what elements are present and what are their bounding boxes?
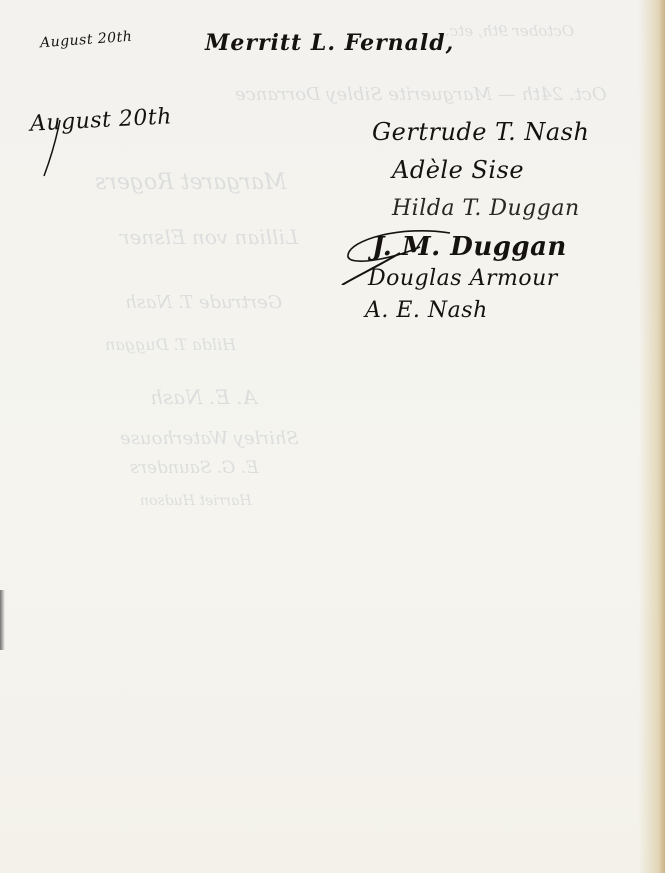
guestbook-page: October 9th, etc. Oct. 24th — Marguerite… <box>0 0 665 873</box>
signature: A. E. Nash <box>365 298 488 323</box>
signature: Douglas Armour <box>368 266 558 291</box>
bleed-through-text: Shirley Waterhouse <box>120 428 299 449</box>
bleed-through-text: Margaret Rogers <box>95 170 286 195</box>
entry-date: August 20th <box>40 29 133 51</box>
bleed-through-text: Lillian von Elsner <box>120 225 298 249</box>
bleed-through-text: October 9th, etc. <box>445 22 574 40</box>
bleed-through-text: Gertrude T. Nash <box>125 292 282 313</box>
bleed-through-text: Hilda T. Duggan <box>105 335 236 354</box>
bleed-through-text: Harriet Hudson <box>140 493 252 509</box>
signature: Hilda T. Duggan <box>392 196 580 221</box>
scan-smudge <box>0 590 5 650</box>
date-stroke <box>38 110 68 180</box>
bleed-through-text: Oct. 24th — Marguerite Sibley Dorrance <box>235 84 607 105</box>
signature: Gertrude T. Nash <box>372 118 589 146</box>
bleed-through-text: E. G. Saunders <box>130 458 258 478</box>
signature: Adèle Sise <box>392 156 524 184</box>
bleed-through-text: A. E. Nash <box>150 385 257 409</box>
signature: Merritt L. Fernald, <box>205 30 454 56</box>
